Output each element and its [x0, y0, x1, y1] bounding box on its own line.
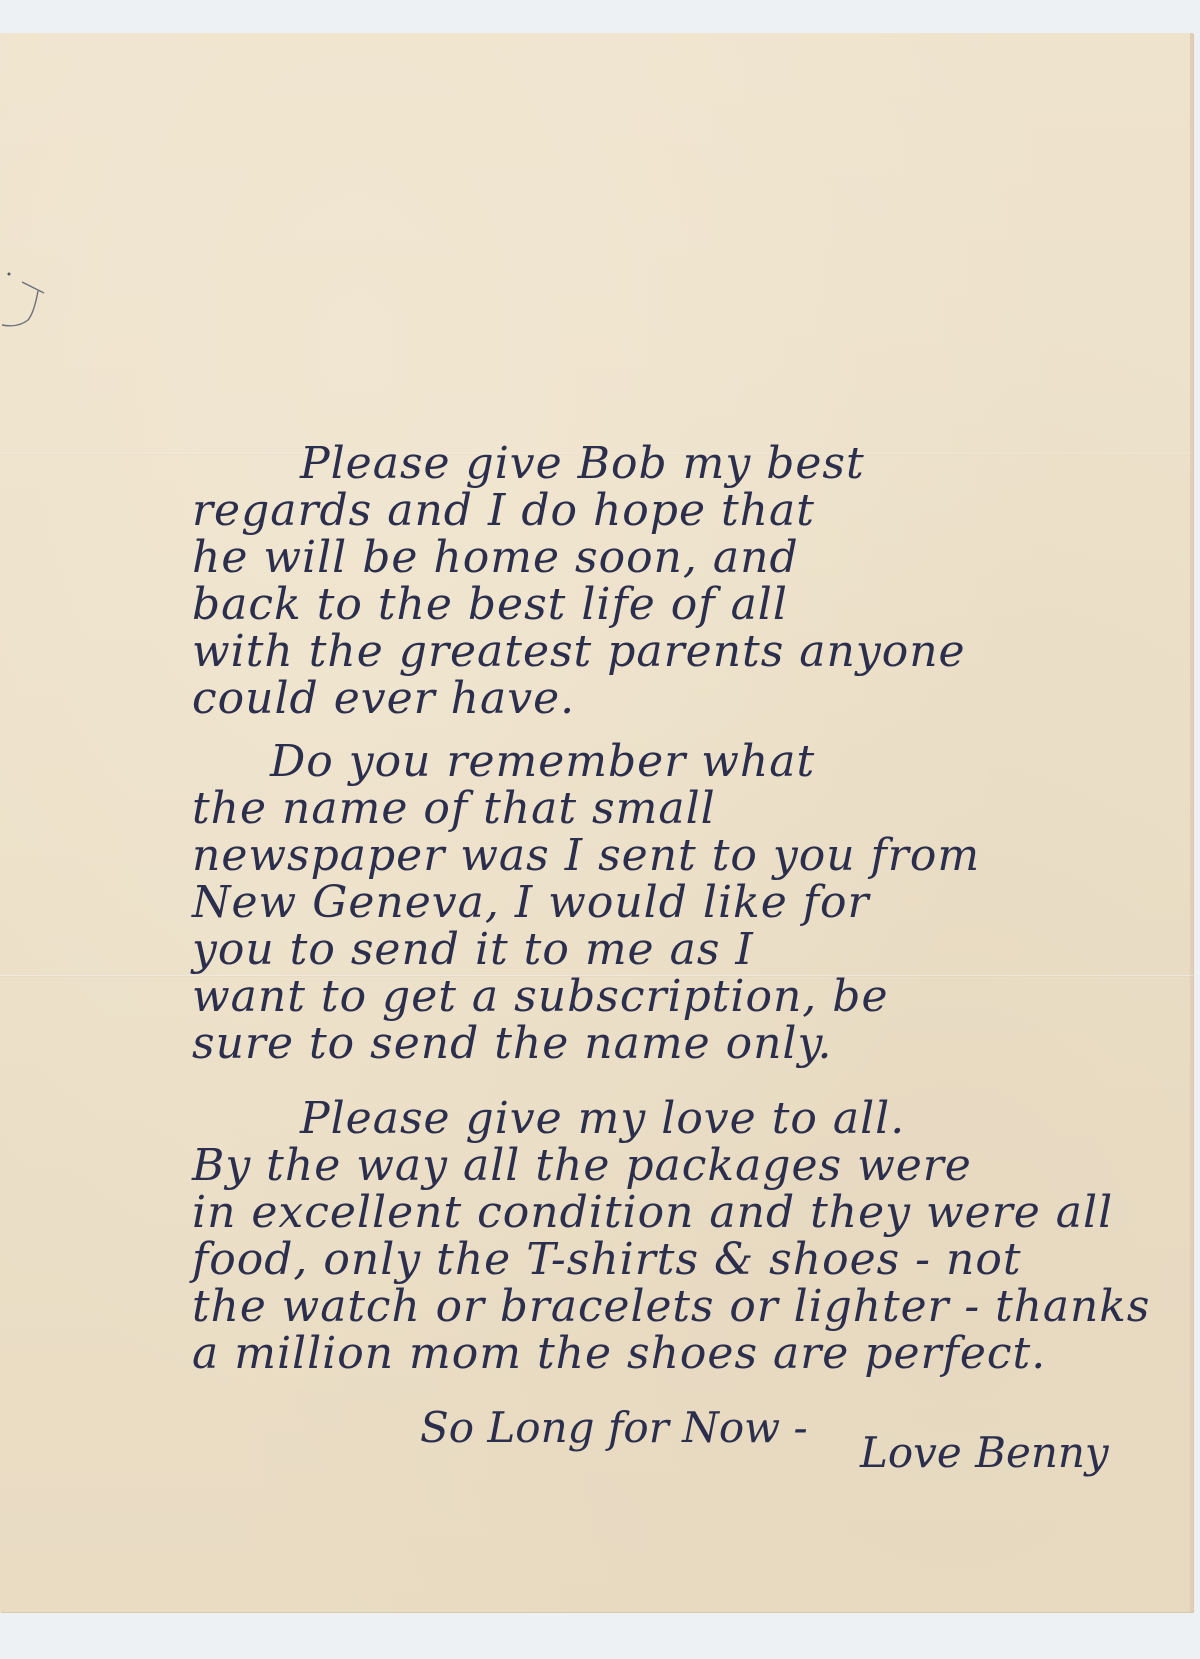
letter-line: could ever have. [192, 673, 575, 724]
letter-line: sure to send the name only. [192, 1018, 833, 1069]
letter-line: the name of that small [192, 783, 716, 834]
letter-line: you to send it to me as I [192, 924, 754, 975]
letter-line: in excellent condition and they were all [192, 1187, 1113, 1238]
letter-line: New Geneva, I would like for [192, 877, 870, 928]
letter-line: By the way all the packages were [192, 1140, 972, 1191]
letter-line: regards and I do hope that [192, 485, 815, 536]
letter-line: he will be home soon, and [192, 532, 799, 583]
letter-paper: Please give Bob my best regards and I do… [0, 33, 1193, 1612]
letter-line: Please give Bob my best [300, 438, 865, 489]
letter-line: food, only the T-shirts & shoes - not [192, 1234, 1022, 1285]
letter-line: Please give my love to all. [300, 1093, 905, 1144]
letter-body: Please give Bob my best regards and I do… [0, 33, 1193, 1612]
letter-line: want to get a subscription, be [192, 971, 889, 1022]
letter-line: newspaper was I sent to you from [192, 830, 980, 881]
letter-line: back to the best life of all [192, 579, 788, 630]
letter-line: Do you remember what [270, 736, 815, 787]
letter-line: the watch or bracelets or lighter - than… [192, 1281, 1150, 1332]
letter-signature: Love Benny [860, 1428, 1109, 1477]
letter-line: with the greatest parents anyone [192, 626, 966, 677]
letter-closing: So Long for Now - [420, 1403, 808, 1452]
letter-line: a million mom the shoes are perfect. [192, 1328, 1046, 1379]
